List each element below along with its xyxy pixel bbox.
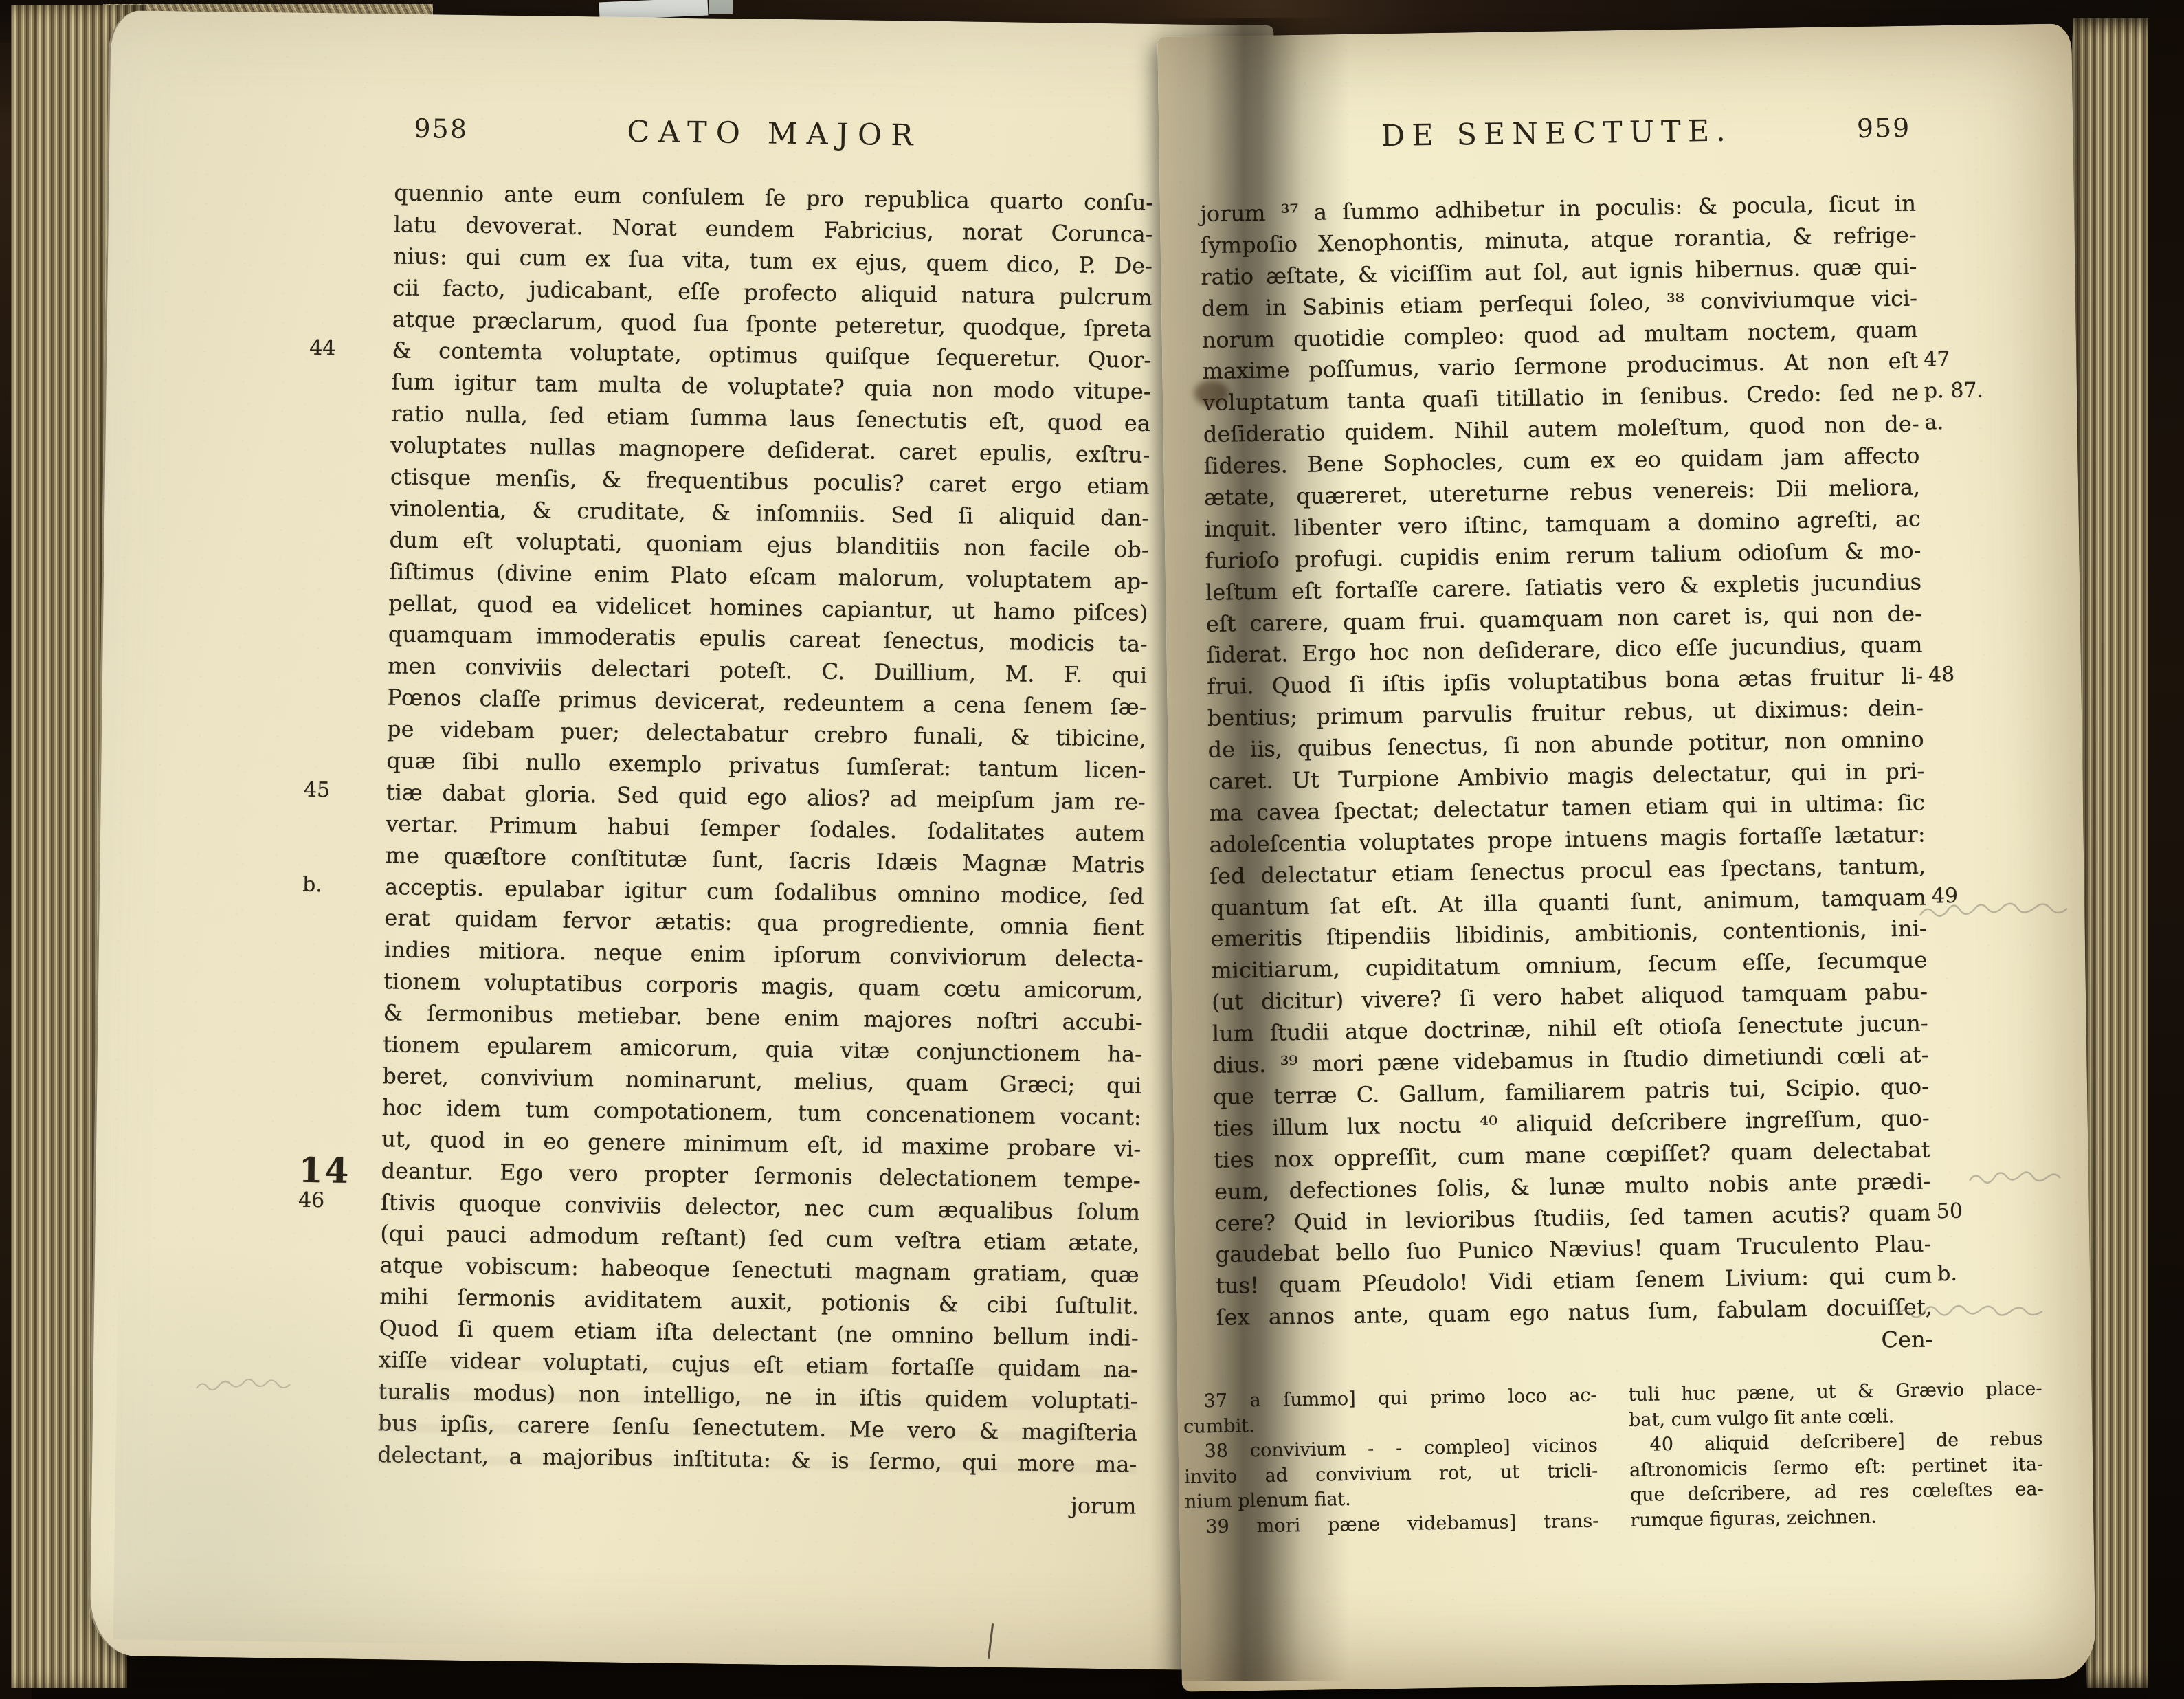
margin-number: a.: [1924, 410, 2005, 435]
right-page-text-block: jorum ³⁷ a ſummo adhibetur in poculis: &…: [1200, 188, 1932, 1334]
left-page-text-block: quennio ante eum conſulem ſe pro republi…: [377, 177, 1154, 1480]
footnotes: 37 a ſummo] qui primo loco ac-cumbit.38 …: [1183, 1377, 2044, 1540]
left-running-title: CATO MAJOR: [394, 111, 1155, 155]
right-running-title: DE SENECTUTE.: [1199, 111, 1915, 156]
left-catchword: jorum: [377, 1483, 1136, 1519]
verso-bleed-through: [377, 1340, 1138, 1474]
pencil-marginalia: [1894, 1293, 2059, 1328]
footnote-column-left: 37 a ſummo] qui primo loco ac-cumbit.38 …: [1183, 1384, 1598, 1540]
right-page: DE SENECTUTE. 959 jorum ³⁷ a ſummo adhib…: [1157, 23, 2096, 1691]
pencil-marginalia: [1917, 892, 2089, 928]
margin-number: 44: [309, 336, 382, 361]
margin-number: 48: [1928, 662, 2009, 687]
book-photograph: 958 CATO MAJOR quennio ante eum conſulem…: [0, 0, 2184, 1699]
margin-number: p. 87.: [1924, 378, 2005, 403]
margin-number: 14: [298, 1149, 372, 1190]
margin-number: 47: [1924, 346, 2004, 372]
margin-number: 45: [304, 778, 377, 803]
right-page-number: 959: [1856, 113, 1910, 144]
footnote-column-right: tuli huc pæne, ut & Grævio place-bat, cu…: [1628, 1377, 2044, 1533]
margin-number: 46: [298, 1188, 371, 1212]
book-cover-right-edge: [2148, 0, 2184, 1699]
left-running-header: 958 CATO MAJOR: [394, 111, 1155, 157]
bookmark-tab-small: [709, 0, 733, 14]
pencil-marginalia: [194, 1369, 304, 1401]
margin-number: 50: [1936, 1198, 2016, 1223]
left-page: 958 CATO MAJOR quennio ante eum conſulem…: [87, 10, 1273, 1671]
right-running-header: DE SENECTUTE. 959: [1199, 111, 1915, 157]
pencil-marginalia: [1967, 1160, 2070, 1193]
margin-number: b.: [302, 872, 375, 897]
margin-number: b.: [1937, 1261, 2018, 1287]
